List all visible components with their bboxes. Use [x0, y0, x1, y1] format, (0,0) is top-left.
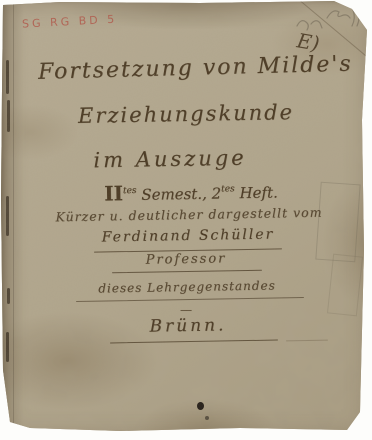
pencil-sketch-shape	[315, 182, 360, 263]
role-detail: dieses Lehrgegenstandes	[78, 278, 296, 296]
volume-mid: Semest., 2	[136, 184, 221, 203]
spine-stitch	[6, 60, 9, 94]
roman-numeral: II	[104, 181, 123, 205]
spine-crease	[13, 0, 14, 440]
volume-line: IItes Semest., 2tes Heft.	[78, 178, 304, 206]
title-line-2: Erziehungskunde	[70, 100, 302, 128]
author-role: Professor	[110, 251, 262, 269]
ordinal-superscript: tes	[221, 184, 235, 194]
spine-stitch	[6, 196, 9, 236]
pencil-sketch-shape	[327, 254, 363, 317]
underline-rule	[110, 340, 278, 344]
underline-rule	[112, 270, 262, 274]
spine-stitch	[7, 100, 10, 132]
underline-rule	[286, 340, 328, 342]
spine-stitch	[6, 332, 9, 362]
place-name: Brünn.	[108, 315, 268, 338]
underline-rule	[76, 297, 304, 302]
ink-blot	[197, 402, 204, 410]
archive-mark: SG RG BD 5	[22, 12, 123, 30]
title-line-1: Fortsetzung von Milde's	[38, 52, 331, 85]
title-line-3: im Auszuge	[58, 145, 282, 173]
volume-end: Heft.	[235, 183, 278, 202]
ordinal-superscript: tes	[123, 186, 137, 196]
presented-by-line: Kürzer u. deutlicher dargestellt vom	[46, 205, 332, 225]
ink-fleck	[205, 416, 209, 420]
author-name: Ferdinand Schüller	[90, 226, 286, 245]
manuscript-cover-paper: SG RG BD 5 E) Fortsetzung von Milde's Er…	[0, 0, 372, 440]
spine-stitch	[7, 288, 10, 304]
